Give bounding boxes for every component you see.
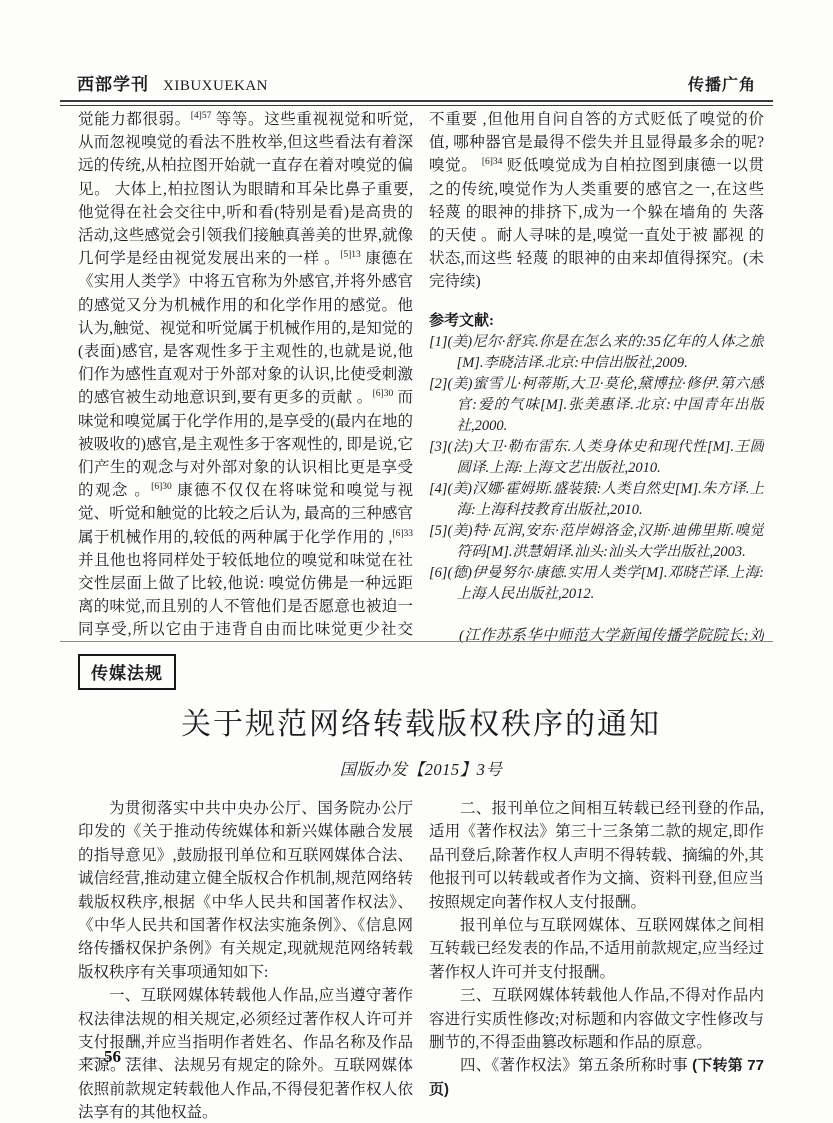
article1-left-column: 觉能力都很弱。[4]57 等等。这些重视视觉和听觉,从而忽视嗅觉的看法不胜枚举,… xyxy=(78,108,413,645)
article-smell-essay: 觉能力都很弱。[4]57 等等。这些重视视觉和听觉,从而忽视嗅觉的看法不胜枚举,… xyxy=(78,108,764,645)
article1-right-column: 不重要 ,但他用自问自答的方式贬低了嗅觉的价值, 哪种器官是最得不偿失并且显得最… xyxy=(429,108,764,645)
reference-item: [2](美)蜜雪儿·柯蒂斯,大卫·莫伦,黛博拉·修伊.第六感官:爱的气味[M].… xyxy=(429,374,764,437)
notice-paragraph: 三、互联网媒体转载他人作品,不得对作品内容进行实质性修改;对标题和内容做文字性修… xyxy=(429,984,764,1054)
article1-left-column-text: 觉能力都很弱。[4]57 等等。这些重视视觉和听觉,从而忽视嗅觉的看法不胜枚举,… xyxy=(78,108,413,645)
notice-paragraph: 二、报刊单位之间相互转载已经刊登的作品,适用《著作权法》第三十三条第二款的规定,… xyxy=(429,797,764,914)
article-copyright-notice: 传媒法规 关于规范网络转载版权秩序的通知 国版办发【2015】3号 为贯彻落实中… xyxy=(78,654,764,1123)
category-label-box: 传媒法规 xyxy=(78,654,176,690)
page-header: 西部学刊 XIBUXUEKAN 传播广角 xyxy=(60,70,773,106)
reference-item: [6](德)伊曼努尔·康德.实用人类学[M].邓晓芒译.上海:上海人民出版社,2… xyxy=(429,563,764,605)
notice-title: 关于规范网络转载版权秩序的通知 xyxy=(78,699,764,743)
reference-item: [5](美)特·瓦润,安东·范岸姆洛金,汉斯·迪佛里斯.嗅觉符码[M].洪慧娟译… xyxy=(429,521,764,563)
page-number: — 56 — xyxy=(84,1047,141,1067)
notice-right-column: 二、报刊单位之间相互转载已经刊登的作品,适用《著作权法》第三十三条第二款的规定,… xyxy=(429,797,764,1123)
journal-page: 西部学刊 XIBUXUEKAN 传播广角 觉能力都很弱。[4]57 等等。这些重… xyxy=(0,0,833,1123)
notice-columns: 为贯彻落实中共中央办公厅、国务院办公厅印发的《关于推动传统媒体和新兴媒体融合发展… xyxy=(78,797,764,1123)
journal-title-cn: 西部学刊 xyxy=(77,75,149,94)
reference-item: [4](美)汉娜·霍姆斯.盛装猿:人类自然史[M].朱方译.上海:上海科技教育出… xyxy=(429,479,764,521)
references-list: [1](美)尼尔·舒宾.你是在怎么来的:35亿年的人体之旅[M].李晓洁译.北京… xyxy=(429,332,764,605)
notice-paragraph: 报刊单位与互联网媒体、互联网媒体之间相互转载已经发表的作品,不适用前款规定,应当… xyxy=(429,914,764,984)
section-divider xyxy=(60,641,773,642)
notice-paragraph: 为贯彻落实中共中央办公厅、国务院办公厅印发的《关于推动传统媒体和新兴媒体融合发展… xyxy=(78,797,413,984)
reference-item: [1](美)尼尔·舒宾.你是在怎么来的:35亿年的人体之旅[M].李晓洁译.北京… xyxy=(429,332,764,374)
reference-item: [3](法)大卫·勒布雷东.人类身体史和现代性[M].王圆圆译.上海:上海文艺出… xyxy=(429,437,764,479)
column-section-label: 传播广角 xyxy=(688,72,756,95)
notice-paragraph-continuation: 四、《著作权法》第五条所称时事 (下转第 77 页) xyxy=(429,1054,764,1101)
journal-title: 西部学刊 XIBUXUEKAN xyxy=(77,70,268,95)
notice-doc-number: 国版办发【2015】3号 xyxy=(78,756,764,780)
notice-left-column: 为贯彻落实中共中央办公厅、国务院办公厅印发的《关于推动传统媒体和新兴媒体融合发展… xyxy=(78,797,413,1123)
article1-right-column-text: 不重要 ,但他用自问自答的方式贬低了嗅觉的价值, 哪种器官是最得不偿失并且显得最… xyxy=(429,108,764,294)
header-rule xyxy=(60,100,773,106)
journal-title-en: XIBUXUEKAN xyxy=(163,78,268,94)
references-title: 参考文献: xyxy=(429,309,764,330)
header-row: 西部学刊 XIBUXUEKAN 传播广角 xyxy=(60,70,773,95)
article1-columns: 觉能力都很弱。[4]57 等等。这些重视视觉和听觉,从而忽视嗅觉的看法不胜枚举,… xyxy=(78,108,764,645)
